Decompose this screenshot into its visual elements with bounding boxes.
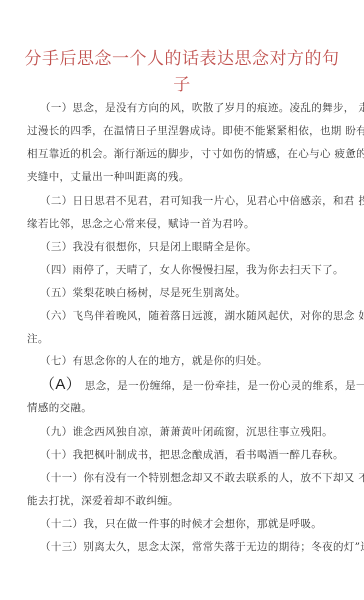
paragraph-1-line-1: （一）思念，是没有方向的风，吹散了岁月的痕迹。凌乱的舞步， 走 xyxy=(40,100,332,115)
paragraph-12: （十二）我，只在做一件事的时候才会想你，那就是呼吸。 xyxy=(40,516,332,531)
paragraph-11-line-1: （十一）你有没有一个特别想念却又不敢去联系的人，放不下却又 不 xyxy=(40,470,332,485)
paragraph-8-line-1: （A） 思念，是一份缠绵，是一份牵挂，是一份心灵的维系，是一 份 xyxy=(40,373,332,394)
paragraph-1-line-2: 过漫长的四季，在温情日子里涅磐成诗。即使不能紧紧相依，也期 盼有 xyxy=(27,123,332,138)
paragraph-8-text: 思念，是一份缠绵，是一份牵挂，是一份心灵的维系，是一 份 xyxy=(81,380,364,392)
paragraph-1-line-3: 相互靠近的机会。渐行渐远的脚步，寸寸如伤的情感，在心与心 疲惫的 xyxy=(27,146,332,161)
document-title-line-2: 子 xyxy=(0,70,364,95)
paragraph-11-line-2: 能去打扰，深爱着却不敢纠缠。 xyxy=(27,493,332,508)
paragraph-6-line-2: 注。 xyxy=(27,331,332,346)
paragraph-8-line-2: 情感的交融。 xyxy=(27,400,332,415)
document-title-line-1: 分手后思念一个人的话表达思念对方的句 xyxy=(0,44,364,69)
paragraph-8-marker: （A） xyxy=(40,376,81,393)
paragraph-6-line-1: （六）飞鸟伴着晚风，随着落日远渡，湖水随风起伏，对你的思念 如 xyxy=(40,308,332,323)
paragraph-9: （九）谁念西风独自凉，萧萧黄叶闭疏窗，沉思往事立残阳。 xyxy=(40,424,332,439)
paragraph-13-line-1: （十三）别离太久，思念太深，常常失落于无边的期待；冬夜的灯”过 xyxy=(40,539,332,554)
paragraph-2-line-1: （二）日日思君不见君，君可知我一片心，见君心中倍感亲，和君 投 xyxy=(40,193,332,208)
paragraph-1-line-4: 夹缝中，丈量出一种叫距离的残。 xyxy=(27,169,332,184)
paragraph-4: （四）雨停了，天晴了，女人你慢慢扫屋，我为你去扫天下了。 xyxy=(40,262,332,277)
paragraph-5: （五）棠梨花映白杨树，尽是死生别离处。 xyxy=(40,285,332,300)
paragraph-2-line-2: 缘若比邻，思念之心常来侵，赋诗一首为君吟。 xyxy=(27,216,332,231)
paragraph-10: （十）我把枫叶制成书，把思念酿成酒，看书喝酒一醉几春秋。 xyxy=(40,447,332,462)
paragraph-3: （三）我没有很想你，只是闭上眼睛全是你。 xyxy=(40,239,332,254)
paragraph-7: （七）有思念你的人在的地方，就是你的归处。 xyxy=(40,353,332,368)
